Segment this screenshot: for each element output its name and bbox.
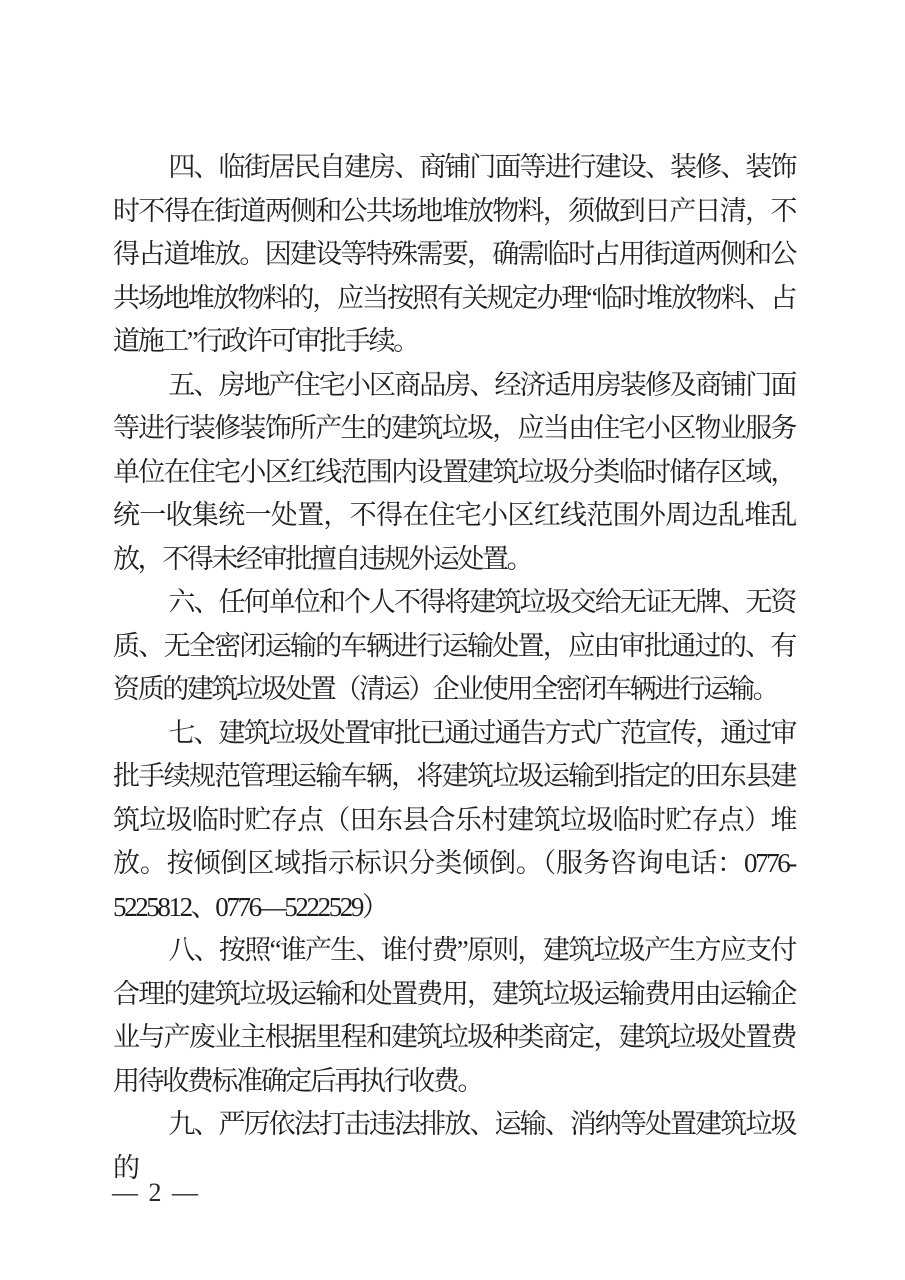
paragraph-item-4: 四、临街居民自建房、商铺门面等进行建设、装修、装饰时不得在街道两侧和公共场地堆放… [113, 146, 795, 364]
paragraph-item-7: 七、建筑垃圾处置审批已通过通告方式广范宣传，通过审批手续规范管理运输车辆，将建筑… [113, 712, 795, 930]
document-page: 四、临街居民自建房、商铺门面等进行建设、装修、装饰时不得在街道两侧和公共场地堆放… [0, 0, 905, 1280]
paragraph-item-5: 五、房地产住宅小区商品房、经济适用房装修及商铺门面等进行装修装饰所产生的建筑垃圾… [113, 364, 795, 582]
paragraph-item-9: 九、严厉依法打击违法排放、运输、消纳等处置建筑垃圾的 [113, 1103, 795, 1190]
paragraph-item-6: 六、任何单位和个人不得将建筑垃圾交给无证无牌、无资质、无全密闭运输的车辆进行运输… [113, 581, 795, 712]
document-body: 四、临街居民自建房、商铺门面等进行建设、装修、装饰时不得在街道两侧和公共场地堆放… [113, 146, 795, 1190]
page-number: — 2 — [112, 1178, 200, 1208]
paragraph-item-8: 八、按照“谁产生、谁付费”原则，建筑垃圾产生方应支付合理的建筑垃圾运输和处置费用… [113, 929, 795, 1103]
